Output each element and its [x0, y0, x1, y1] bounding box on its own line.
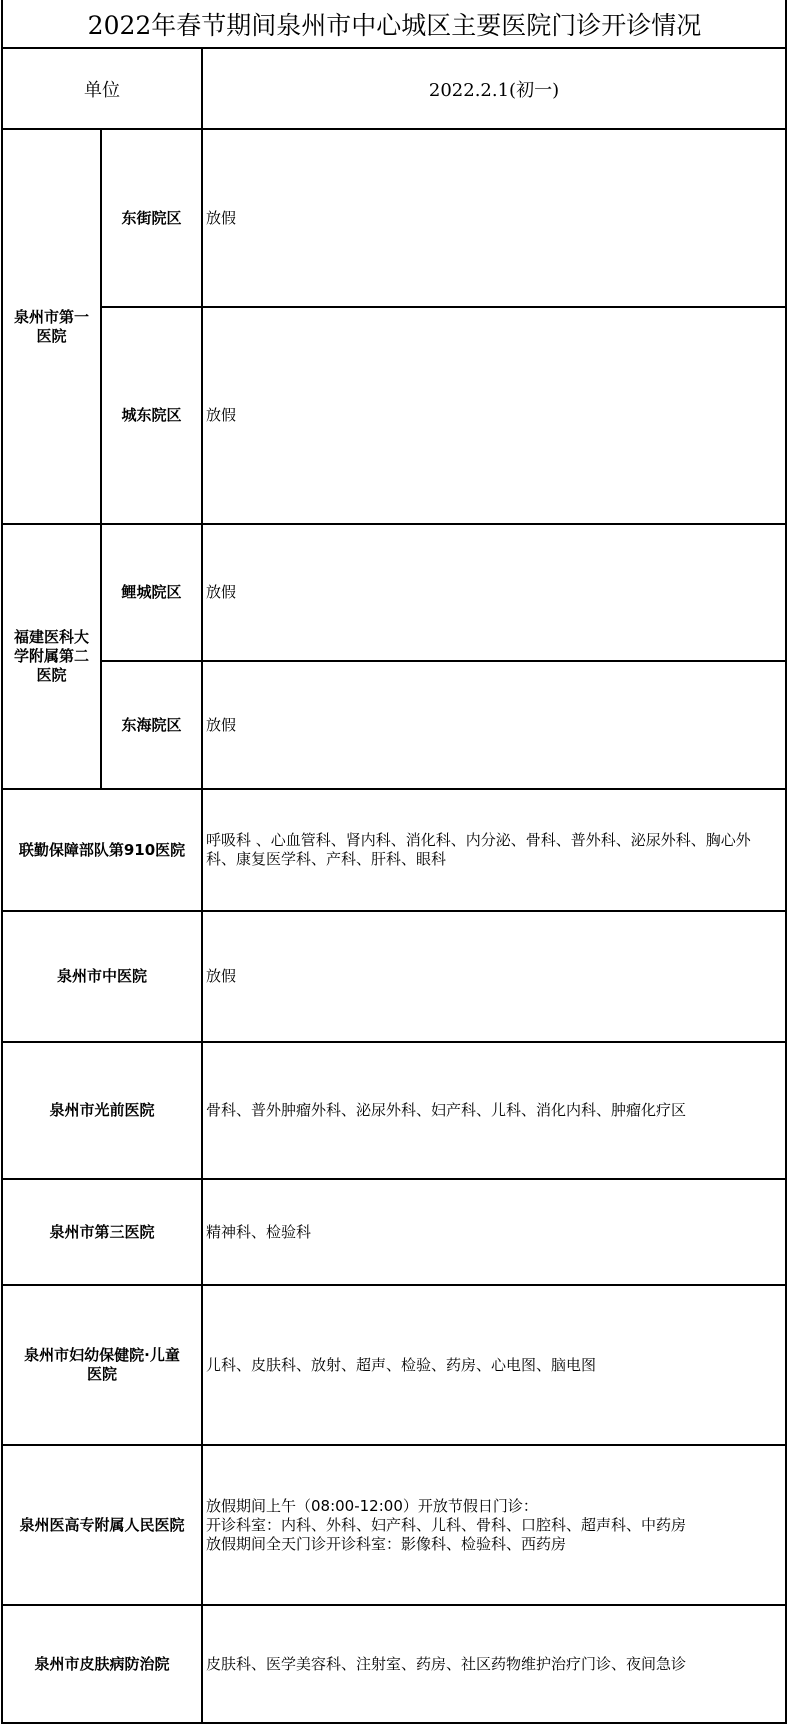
status-cell: 放假: [203, 130, 785, 306]
hospital-name: 联勤保障部队第910医院: [3, 790, 201, 910]
campus-name: 城东院区: [102, 308, 201, 523]
hospital-name-line: 学附属第二: [14, 647, 89, 666]
campus-name-label: 鲤城院区: [121, 583, 181, 602]
hospital-name: 福建医科大 学附属第二 医院: [3, 525, 100, 788]
status-cell: 呼吸科 、心血管科、肾内科、消化科、内分泌、骨科、普外科、泌尿外科、胸心外科、康…: [203, 790, 785, 910]
status-cell: 放假期间上午（08:00-12:00）开放节假日门诊： 开诊科室：内科、外科、妇…: [203, 1446, 785, 1604]
status-text: 放假: [206, 967, 236, 986]
page-title: 2022年春节期间泉州市中心城区主要医院门诊开诊情况: [0, 0, 789, 48]
status-cell: 放假: [203, 662, 785, 788]
campus-name: 鲤城院区: [102, 525, 201, 660]
hospital-name-label: 联勤保障部队第910医院: [19, 841, 185, 860]
status-cell: 精神科、检验科: [203, 1180, 785, 1284]
hospital-name: 泉州市第一 医院: [3, 130, 100, 523]
hospital-name: 泉州市妇幼保健院·儿童 医院: [3, 1286, 201, 1444]
status-text: 放假: [206, 716, 236, 735]
campus-name: 东街院区: [102, 130, 201, 306]
status-text-line: 放假期间全天门诊开诊科室：影像科、检验科、西药房: [206, 1535, 779, 1554]
campus-name-label: 东街院区: [121, 209, 181, 228]
campus-name: 东海院区: [102, 662, 201, 788]
status-cell: 放假: [203, 525, 785, 660]
hospital-name-line: 医院: [14, 666, 89, 685]
status-cell: 骨科、普外肿瘤外科、泌尿外科、妇产科、儿科、消化内科、肿瘤化疗区: [203, 1043, 785, 1178]
hospital-name-label: 泉州市中医院: [57, 967, 147, 986]
hospital-name: 泉州市皮肤病防治院: [3, 1606, 201, 1722]
header-unit: 单位: [3, 49, 201, 128]
hospital-name-label: 泉州市光前医院: [49, 1101, 154, 1120]
header-date: 2022.2.1(初一): [203, 49, 785, 128]
status-text: 放假: [206, 209, 236, 228]
status-text: 儿科、皮肤科、放射、超声、检验、药房、心电图、脑电图: [206, 1356, 596, 1375]
status-text: 精神科、检验科: [206, 1223, 311, 1242]
status-cell: 放假: [203, 308, 785, 523]
hospital-name: 泉州市中医院: [3, 912, 201, 1041]
header-unit-label: 单位: [84, 76, 120, 102]
status-text: 骨科、普外肿瘤外科、泌尿外科、妇产科、儿科、消化内科、肿瘤化疗区: [206, 1101, 686, 1120]
status-text-line: 开诊科室：内科、外科、妇产科、儿科、骨科、口腔科、超声科、中药房: [206, 1516, 779, 1535]
status-text: 呼吸科 、心血管科、肾内科、消化科、内分泌、骨科、普外科、泌尿外科、胸心外科、康…: [206, 831, 779, 869]
status-text-line: 放假期间上午（08:00-12:00）开放节假日门诊：: [206, 1497, 779, 1516]
campus-name-label: 城东院区: [121, 406, 181, 425]
campus-name-label: 东海院区: [121, 716, 181, 735]
hospital-name: 泉州市第三医院: [3, 1180, 201, 1284]
hospital-name-label: 泉州市第三医院: [49, 1223, 154, 1242]
divider: [1, 1722, 787, 1724]
status-text: 放假: [206, 583, 236, 602]
hospital-name-line: 医院: [24, 1365, 180, 1384]
hospital-name-line: 福建医科大: [14, 628, 89, 647]
header-date-label: 2022.2.1(初一): [429, 76, 559, 102]
hospital-name-line: 泉州市妇幼保健院·儿童: [24, 1346, 180, 1365]
hospital-name: 泉州医高专附属人民医院: [3, 1446, 201, 1604]
hospital-name: 泉州市光前医院: [3, 1043, 201, 1178]
status-cell: 放假: [203, 912, 785, 1041]
status-cell: 皮肤科、医学美容科、注射室、药房、社区药物维护治疗门诊、夜间急诊: [203, 1606, 785, 1722]
hospital-name-line: 泉州市第一: [14, 308, 89, 327]
status-cell: 儿科、皮肤科、放射、超声、检验、药房、心电图、脑电图: [203, 1286, 785, 1444]
status-text: 放假: [206, 406, 236, 425]
hospital-name-label: 泉州市皮肤病防治院: [34, 1655, 169, 1674]
hospital-name-line: 医院: [14, 327, 89, 346]
status-text: 皮肤科、医学美容科、注射室、药房、社区药物维护治疗门诊、夜间急诊: [206, 1655, 686, 1674]
hospital-name-label: 泉州医高专附属人民医院: [19, 1516, 184, 1535]
